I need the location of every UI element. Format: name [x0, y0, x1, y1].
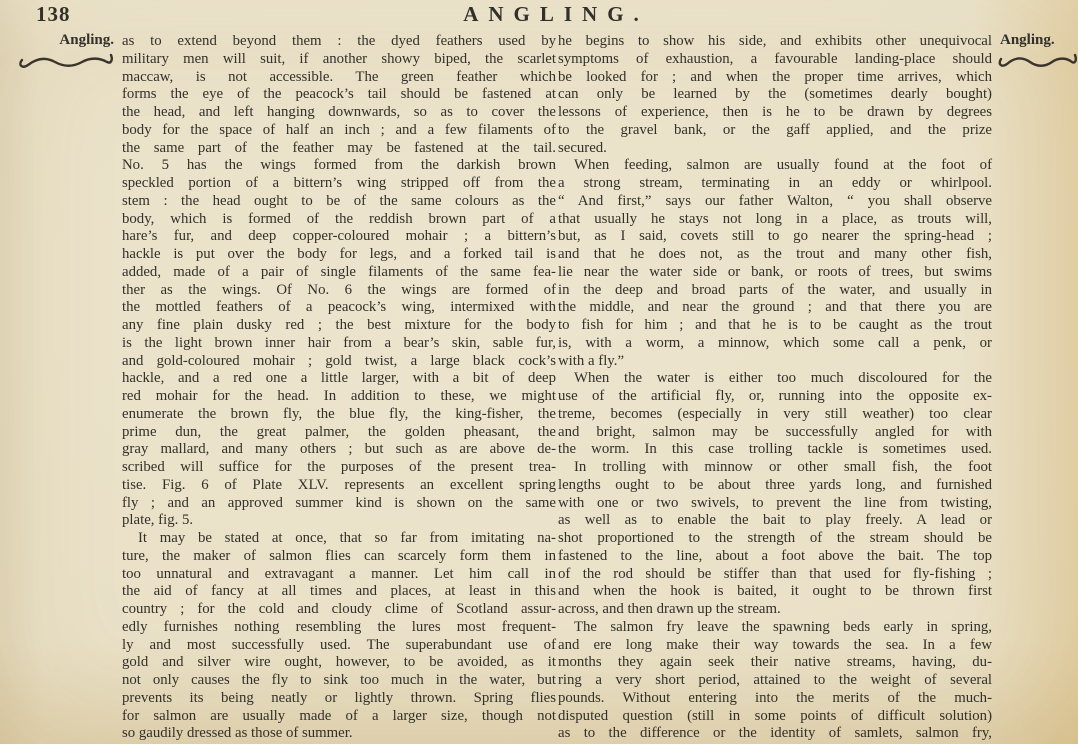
text-line: can only be learned by the (sometimes de…: [558, 86, 992, 104]
text-line: he begins to show his side, and exhibits…: [558, 33, 992, 51]
text-line: prime dun, the great palmer, the golden …: [122, 424, 556, 442]
text-line: ly and most successfully used. The super…: [122, 637, 556, 655]
text-line: fly ; and an approved summer kind is sho…: [122, 495, 556, 513]
text-line: as to the difference or the identity of …: [558, 725, 992, 743]
book-page: 138 ANGLING. Angling. Angling. as to ext…: [0, 0, 1078, 744]
text-line: red mohair for the head. In addition to …: [122, 388, 556, 406]
text-line: lie near the water side or bank, or root…: [558, 264, 992, 282]
text-line: the mottled feathers of a peacock’s wing…: [122, 299, 556, 317]
text-line: “ And first,” says our father Walton, “ …: [558, 193, 992, 211]
text-line: secured.: [558, 140, 992, 158]
text-line: added, made of a pair of single filament…: [122, 264, 556, 282]
text-line: to the gravel bank, or the gaff applied,…: [558, 122, 992, 140]
text-line: hackle, and a red one a little larger, w…: [122, 370, 556, 388]
text-line: the worm. In this case trolling tackle i…: [558, 441, 992, 459]
squiggle-flourish-icon: [996, 50, 1078, 72]
text-line: months they again seek their native stre…: [558, 654, 992, 672]
text-line: for salmon are usually made of a larger …: [122, 708, 556, 726]
text-line: the head, and left hanging downwards, so…: [122, 104, 556, 122]
text-line: lengths ought to be about three yards lo…: [558, 477, 992, 495]
text-line: use of the artificial fly, or, running i…: [558, 388, 992, 406]
text-line: any fine plain dusky red ; the best mixt…: [122, 317, 556, 335]
text-line: scribed will suffice for the purposes of…: [122, 459, 556, 477]
text-line: and gold-coloured mohair ; gold twist, a…: [122, 353, 556, 371]
text-line: prevents its being neatly or lightly thr…: [122, 690, 556, 708]
text-line: across, and then drawn up the stream.: [558, 601, 992, 619]
text-column-left: as to extend beyond them : the dyed feat…: [122, 33, 556, 743]
text-line: enumerate the brown fly, the blue fly, t…: [122, 406, 556, 424]
text-line: tise. Fig. 6 of Plate XLV. represents an…: [122, 477, 556, 495]
text-line: shot proportioned to the strength of the…: [558, 530, 992, 548]
text-line: fastened to the line, about a foot above…: [558, 548, 992, 566]
text-line: and when the hook is baited, it ought to…: [558, 583, 992, 601]
text-line: It may be stated at once, that so far fr…: [122, 530, 556, 548]
text-line: and bright, salmon may be successfully a…: [558, 424, 992, 442]
text-line: In trolling with minnow or other small f…: [558, 459, 992, 477]
text-line: ture, the maker of salmon flies can scar…: [122, 548, 556, 566]
text-line: the same part of the feather may be fast…: [122, 140, 556, 158]
text-line: too unnatural and extravagant a manner. …: [122, 566, 556, 584]
page-number: 138: [36, 2, 71, 27]
text-line: body, which is formed of the reddish bro…: [122, 211, 556, 229]
text-line: country ; for the cold and cloudy clime …: [122, 601, 556, 619]
text-line: military men will suit, if another showy…: [122, 51, 556, 69]
text-line: of the rod should be stiffer than that u…: [558, 566, 992, 584]
text-line: a strong stream, terminating in an eddy …: [558, 175, 992, 193]
text-line: and that he does not, as the trout and m…: [558, 246, 992, 264]
text-line: hackle is put over the body for legs, an…: [122, 246, 556, 264]
text-line: ther as the wings. Of No. 6 the wings ar…: [122, 282, 556, 300]
text-line: in the deep and broad parts of the water…: [558, 282, 992, 300]
text-line: stem : the head ought to be of the same …: [122, 193, 556, 211]
text-line: forms the eye of the peacock’s tail shou…: [122, 86, 556, 104]
text-column-right: he begins to show his side, and exhibits…: [558, 33, 992, 743]
text-line: maccaw, is not accessible. The green fea…: [122, 69, 556, 87]
text-line: be looked for ; and when the proper time…: [558, 69, 992, 87]
text-line: that usually he stays not long in a plac…: [558, 211, 992, 229]
text-line: No. 5 has the wings formed from the dark…: [122, 157, 556, 175]
text-line: gold and silver wire ought, however, to …: [122, 654, 556, 672]
text-line: The salmon fry leave the spawning beds e…: [558, 619, 992, 637]
text-line: as to extend beyond them : the dyed feat…: [122, 33, 556, 51]
text-line: so gaudily dressed as those of summer.: [122, 725, 556, 743]
margin-note-left: Angling.: [0, 32, 114, 49]
text-line: hare’s fur, and deep copper-coloured moh…: [122, 228, 556, 246]
text-line: the middle, and near the ground ; and th…: [558, 299, 992, 317]
text-line: is, with a worm, a minnow, which some ca…: [558, 335, 992, 353]
text-line: gray mallard, and many others ; but such…: [122, 441, 556, 459]
text-line: with a fly.”: [558, 353, 992, 371]
text-line: as well as to enable the bait to play fr…: [558, 512, 992, 530]
text-line: symptoms of exhaustion, a favourable lan…: [558, 51, 992, 69]
text-line: speckled portion of a bittern’s wing str…: [122, 175, 556, 193]
squiggle-flourish-icon: [16, 50, 114, 72]
text-line: not only causes the fly to sink too much…: [122, 672, 556, 690]
text-line: treme, becomes (especially in very still…: [558, 406, 992, 424]
text-line: is the light brown inner hair from a bea…: [122, 335, 556, 353]
text-line: but, as I said, covets still to go neare…: [558, 228, 992, 246]
text-line: to fish for him ; and that he is to be c…: [558, 317, 992, 335]
margin-note-right: Angling.: [1000, 32, 1078, 49]
text-line: and ere long make their way towards the …: [558, 637, 992, 655]
text-line: the aid of fancy at all times and places…: [122, 583, 556, 601]
text-line: pounds. Without entering into the merits…: [558, 690, 992, 708]
text-line: When feeding, salmon are usually found a…: [558, 157, 992, 175]
text-line: with one or two swivels, to prevent the …: [558, 495, 992, 513]
text-line: ring a very short period, attained to th…: [558, 672, 992, 690]
text-line: lessons of experience, then is he to be …: [558, 104, 992, 122]
text-line: When the water is either too much discol…: [558, 370, 992, 388]
text-line: edly furnishes nothing resembling the lu…: [122, 619, 556, 637]
text-line: plate, fig. 5.: [122, 512, 556, 530]
running-title: ANGLING.: [122, 2, 990, 27]
text-line: disputed question (still in some points …: [558, 708, 992, 726]
text-line: body for the space of half an inch ; and…: [122, 122, 556, 140]
